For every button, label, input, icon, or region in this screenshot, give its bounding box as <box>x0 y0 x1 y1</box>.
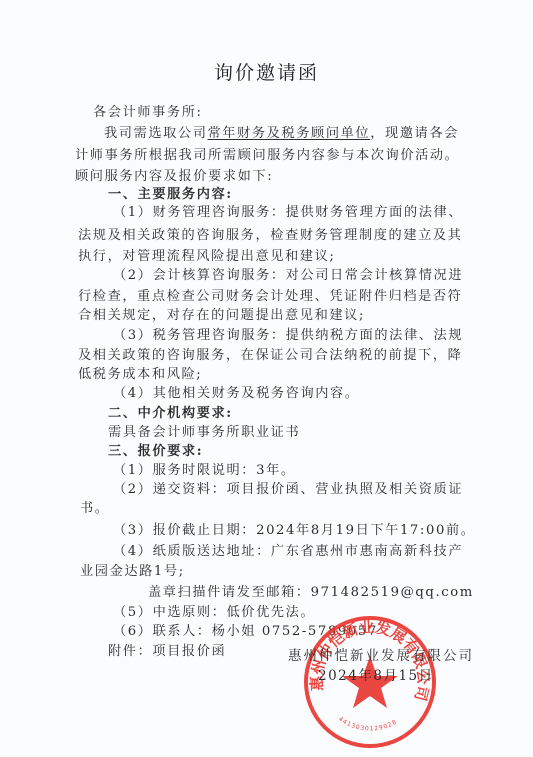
s1-item1-line1: （1）财务管理咨询服务：提供财务管理方面的法律、 <box>113 201 463 220</box>
s3-item1: （1）服务时限说明：3年。 <box>113 459 296 478</box>
s1-item3-line1: （3）税务管理咨询服务：提供纳税方面的法律、法规 <box>113 324 463 343</box>
s3-item2: （2）递交资料：项目报价函、营业执照及相关资质证 <box>113 478 463 497</box>
section2-heading: 二、中介机构要求: <box>108 402 233 421</box>
s3-item5: （5）中选原则：低价优先法。 <box>113 601 315 620</box>
intro-text: 我司需选取公司 <box>104 126 208 141</box>
salutation: 各会计师事务所: <box>93 101 203 120</box>
s1-item3-line3: 低税务成本和风险; <box>78 363 202 382</box>
s3-item2-cont: 书。 <box>80 497 110 516</box>
section2-text: 需具备会计师事务所职业证书 <box>108 421 300 440</box>
attachment-note: 附件：项目报价函 <box>108 640 226 659</box>
signature-company: 惠州仲恺新业发展有限公司 <box>288 644 474 664</box>
intro-text: ，现邀请各会 <box>370 126 459 141</box>
underlined-service-name: 常年财务及税务顾问单位 <box>208 126 371 141</box>
s1-item1-line2: 法规及相关政策的咨询服务，检查财务管理制度的建立及其 <box>78 224 462 243</box>
s1-item2-line3: 合相关规定，对存在的问题提出意见和建议; <box>78 304 365 323</box>
section3-heading: 三、报价要求: <box>108 440 203 459</box>
intro-line-2: 计师事务所根据我司所需顾问服务内容参与本次询价活动。 <box>75 144 459 163</box>
s1-item3-line2: 及相关政策的咨询服务，在保证公司合法纳税的前提下，降 <box>78 344 462 363</box>
s3-email: 盖章扫描件请发至邮箱：971482519@qq.com <box>148 581 474 600</box>
s1-item2-line2: 行检查，重点检查公司财务会计处理、凭证附件归档是否符 <box>78 285 462 304</box>
s1-item1-line3: 执行，对管理流程风险提出意见和建议; <box>78 245 335 264</box>
intro-line-3: 顾问服务内容及报价要求如下: <box>75 165 273 184</box>
s3-item4-cont: 业园金达路1号; <box>80 560 185 579</box>
s1-item4-line1: （4）其他相关财务及税务咨询内容。 <box>113 382 360 401</box>
signature-date: 2024年8月15日 <box>318 664 434 684</box>
s1-item2-line1: （2）会计核算咨询服务：对公司日常会计核算情况进 <box>113 264 463 283</box>
s3-item4: （4）纸质版送达地址：广东省惠州市惠南高新科技产 <box>113 540 463 559</box>
document-title: 询价邀请函 <box>0 58 533 85</box>
section1-heading: 一、主要服务内容: <box>108 183 233 202</box>
intro-line-1: 我司需选取公司常年财务及税务顾问单位，现邀请各会 <box>104 122 459 141</box>
stamp-code: 4413030129028 <box>337 716 398 733</box>
svg-text:4413030129028: 4413030129028 <box>337 716 398 733</box>
s3-item3: （3）报价截止日期：2024年8月19日下午17:00前。 <box>113 519 476 538</box>
